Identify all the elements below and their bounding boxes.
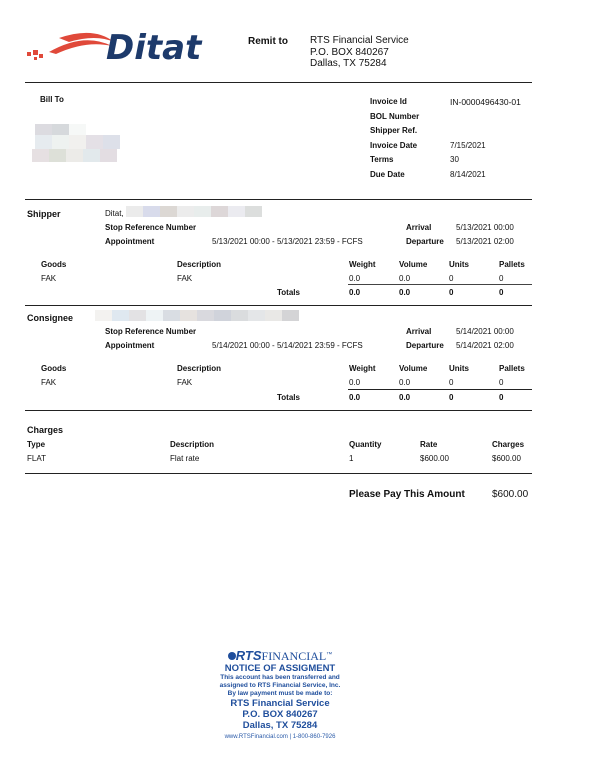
terms-row: Terms30 bbox=[370, 153, 521, 168]
divider bbox=[25, 473, 532, 474]
departure-value: 5/14/2021 02:00 bbox=[456, 341, 514, 350]
remit-address: RTS Financial Service P.O. BOX 840267 Da… bbox=[310, 35, 409, 70]
description-header: Description bbox=[177, 364, 221, 373]
volume-cell: 0.0 bbox=[399, 274, 410, 283]
remit-line: P.O. BOX 840267 bbox=[310, 47, 409, 59]
totals-label: Totals bbox=[277, 288, 300, 297]
charges-title: Charges bbox=[27, 425, 63, 435]
description-cell: Flat rate bbox=[170, 454, 199, 463]
pallets-cell: 0 bbox=[499, 378, 503, 387]
total-weight: 0.0 bbox=[349, 393, 360, 402]
notice-line: assigned to RTS Financial Service, Inc. bbox=[180, 682, 380, 690]
due-date-row: Due Date8/14/2021 bbox=[370, 168, 521, 183]
brand-name: Ditat bbox=[106, 28, 201, 68]
remit-line: RTS Financial Service bbox=[310, 35, 409, 47]
arrival-value: 5/14/2021 00:00 bbox=[456, 327, 514, 336]
quantity-cell: 1 bbox=[349, 454, 353, 463]
divider bbox=[25, 305, 532, 306]
description-cell: FAK bbox=[177, 274, 192, 283]
pay-label: Please Pay This Amount bbox=[349, 489, 465, 500]
shipper-name-prefix: Ditat, bbox=[105, 209, 124, 218]
goods-cell: FAK bbox=[41, 378, 56, 387]
totals-divider bbox=[348, 284, 532, 285]
volume-cell: 0.0 bbox=[399, 378, 410, 387]
pallets-header: Pallets bbox=[499, 260, 525, 269]
totals-label: Totals bbox=[277, 393, 300, 402]
quantity-header: Quantity bbox=[349, 440, 381, 449]
stop-ref-label: Stop Reference Number bbox=[105, 327, 196, 336]
rts-logo-financial: FINANCIAL bbox=[262, 649, 327, 663]
total-pallets: 0 bbox=[499, 288, 503, 297]
departure-value: 5/13/2021 02:00 bbox=[456, 237, 514, 246]
pay-amount: $600.00 bbox=[492, 489, 528, 500]
arrival-label: Arrival bbox=[406, 327, 431, 336]
totals-divider bbox=[348, 389, 532, 390]
pallets-header: Pallets bbox=[499, 364, 525, 373]
appointment-label: Appointment bbox=[105, 341, 154, 350]
description-header: Description bbox=[177, 260, 221, 269]
total-volume: 0.0 bbox=[399, 393, 410, 402]
bill-to-redacted bbox=[35, 135, 120, 149]
shipper-name-redacted bbox=[126, 206, 262, 217]
info-label: BOL Number bbox=[370, 110, 450, 125]
trademark-icon: ™ bbox=[326, 652, 332, 658]
bill-to-label: Bill To bbox=[40, 95, 64, 104]
info-value: 7/15/2021 bbox=[450, 139, 486, 154]
swoosh-icon bbox=[24, 28, 114, 68]
remit-line: Dallas, TX 75284 bbox=[310, 58, 409, 70]
remit-label: Remit to bbox=[248, 36, 288, 47]
rts-notice: RTSFINANCIAL™ NOTICE OF ASSIGMENT This a… bbox=[180, 648, 380, 743]
goods-cell: FAK bbox=[41, 274, 56, 283]
volume-header: Volume bbox=[399, 364, 427, 373]
notice-title: NOTICE OF ASSIGMENT bbox=[180, 663, 380, 674]
notice-contact: www.RTSFinancial.com | 1-800-860-7926 bbox=[180, 731, 380, 743]
info-value: 8/14/2021 bbox=[450, 168, 486, 183]
units-header: Units bbox=[449, 364, 469, 373]
charges-header: Charges bbox=[492, 440, 524, 449]
goods-header: Goods bbox=[41, 260, 66, 269]
total-weight: 0.0 bbox=[349, 288, 360, 297]
total-units: 0 bbox=[449, 393, 453, 402]
total-volume: 0.0 bbox=[399, 288, 410, 297]
bol-row: BOL Number bbox=[370, 110, 521, 125]
appointment-value: 5/14/2021 00:00 - 5/14/2021 23:59 - FCFS bbox=[212, 341, 363, 350]
divider bbox=[25, 199, 532, 200]
notice-address-line: P.O. BOX 840267 bbox=[180, 709, 380, 720]
rate-cell: $600.00 bbox=[420, 454, 449, 463]
invoice-date-row: Invoice Date7/15/2021 bbox=[370, 139, 521, 154]
info-label: Terms bbox=[370, 153, 450, 168]
info-label: Due Date bbox=[370, 168, 450, 183]
info-label: Shipper Ref. bbox=[370, 124, 450, 139]
rate-header: Rate bbox=[420, 440, 437, 449]
pallets-cell: 0 bbox=[499, 274, 503, 283]
description-cell: FAK bbox=[177, 378, 192, 387]
total-pallets: 0 bbox=[499, 393, 503, 402]
type-header: Type bbox=[27, 440, 45, 449]
consignee-label: Consignee bbox=[27, 313, 73, 323]
notice-line: By law payment must be made to: bbox=[180, 690, 380, 698]
divider bbox=[25, 410, 532, 411]
shipper-ref-row: Shipper Ref. bbox=[370, 124, 521, 139]
charges-cell: $600.00 bbox=[492, 454, 521, 463]
total-units: 0 bbox=[449, 288, 453, 297]
appointment-label: Appointment bbox=[105, 237, 154, 246]
rts-globe-icon bbox=[228, 652, 236, 660]
bill-to-redacted bbox=[35, 124, 86, 135]
divider bbox=[25, 82, 532, 83]
info-value: IN-0000496430-01 bbox=[450, 95, 521, 110]
consignee-name-redacted bbox=[95, 310, 299, 321]
type-cell: FLAT bbox=[27, 454, 46, 463]
departure-label: Departure bbox=[406, 341, 444, 350]
bill-to-redacted bbox=[32, 149, 117, 162]
departure-label: Departure bbox=[406, 237, 444, 246]
info-value: 30 bbox=[450, 153, 459, 168]
goods-header: Goods bbox=[41, 364, 66, 373]
weight-cell: 0.0 bbox=[349, 378, 360, 387]
rts-logo-rts: RTS bbox=[236, 648, 262, 663]
info-label: Invoice Id bbox=[370, 95, 450, 110]
arrival-label: Arrival bbox=[406, 223, 431, 232]
shipper-label: Shipper bbox=[27, 209, 61, 219]
units-cell: 0 bbox=[449, 274, 453, 283]
weight-cell: 0.0 bbox=[349, 274, 360, 283]
volume-header: Volume bbox=[399, 260, 427, 269]
ditat-logo: Ditat bbox=[24, 26, 214, 72]
weight-header: Weight bbox=[349, 260, 376, 269]
notice-address-line: RTS Financial Service bbox=[180, 698, 380, 709]
units-cell: 0 bbox=[449, 378, 453, 387]
units-header: Units bbox=[449, 260, 469, 269]
description-header: Description bbox=[170, 440, 214, 449]
invoice-info: Invoice IdIN-0000496430-01 BOL Number Sh… bbox=[370, 95, 521, 182]
info-label: Invoice Date bbox=[370, 139, 450, 154]
invoice-id-row: Invoice IdIN-0000496430-01 bbox=[370, 95, 521, 110]
appointment-value: 5/13/2021 00:00 - 5/13/2021 23:59 - FCFS bbox=[212, 237, 363, 246]
weight-header: Weight bbox=[349, 364, 376, 373]
arrival-value: 5/13/2021 00:00 bbox=[456, 223, 514, 232]
stop-ref-label: Stop Reference Number bbox=[105, 223, 196, 232]
notice-address-line: Dallas, TX 75284 bbox=[180, 720, 380, 731]
rts-logo: RTSFINANCIAL™ bbox=[180, 648, 380, 663]
notice-line: This account has been transferred and bbox=[180, 674, 380, 682]
